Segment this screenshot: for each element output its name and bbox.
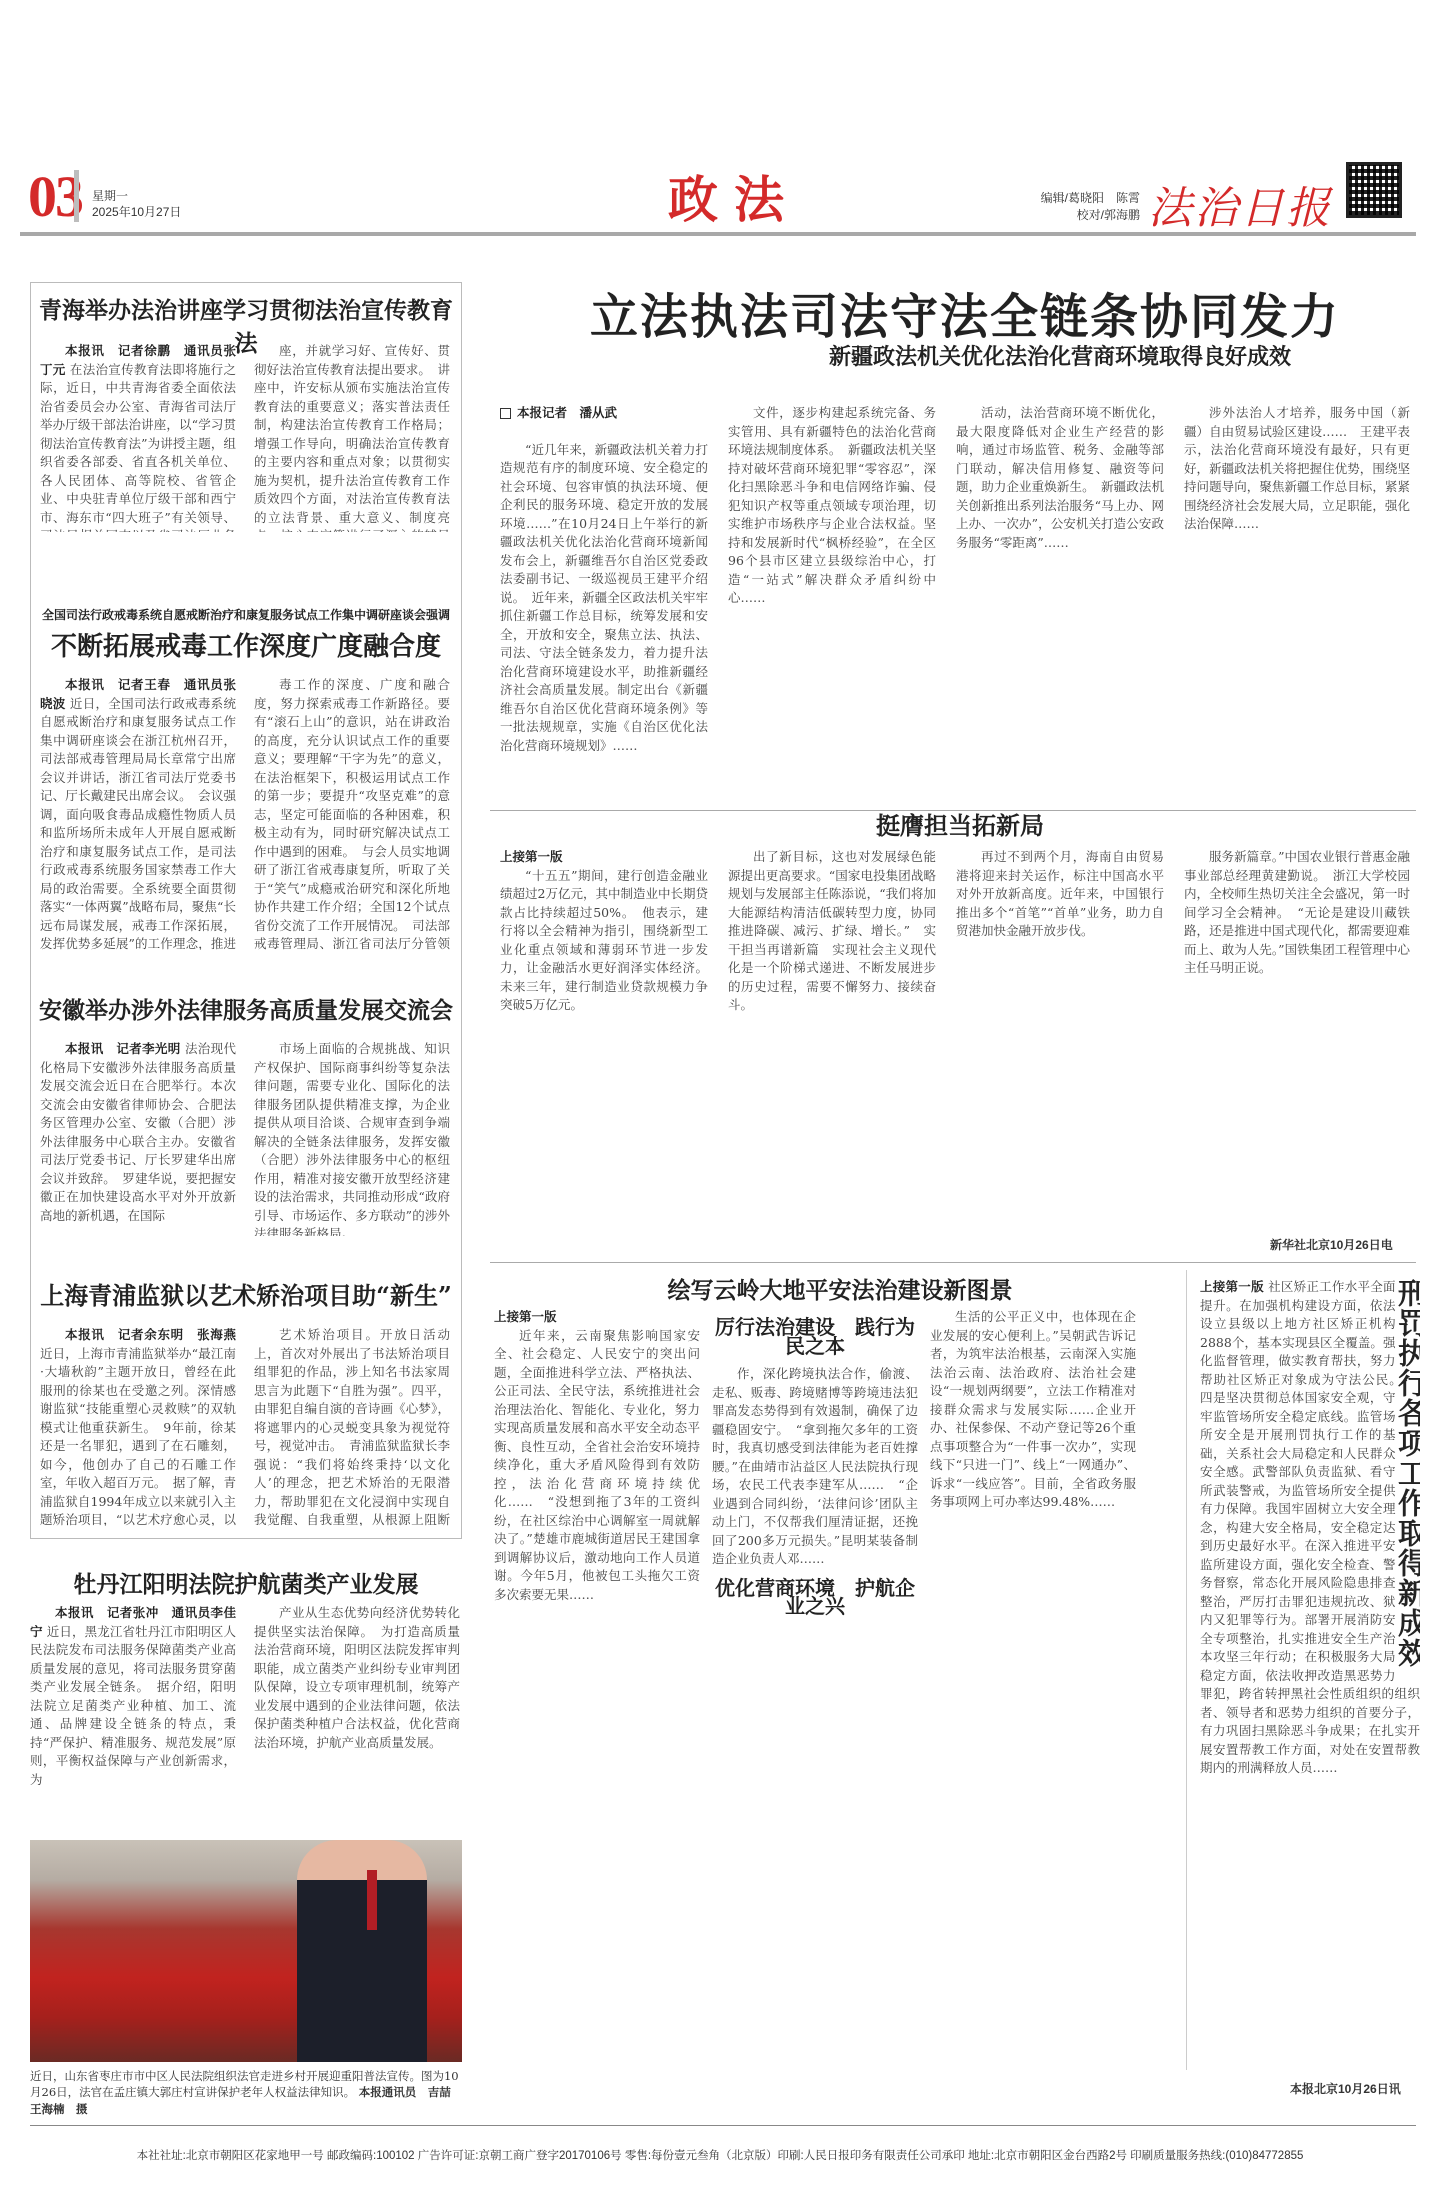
article-body-qinghai-col1: 本报讯 记者徐鹏 通讯员张丁元 在法治宣传教育法即将施行之际，近日，中共青海省委… <box>40 342 236 532</box>
article-body-mudanjiang-col2: 产业从生态优势向经济优势转化提供坚实法治保障。 为打造高质量法治营商环境，阳明区… <box>254 1604 460 1824</box>
article-headline-xingfa: 刑罚执行各项工作取得新成效 <box>1402 1278 1421 1668</box>
yunnan-col2: 厉行法治建设 践行为民之本 作，深化跨境执法合作，偷渡、走私、贩毒、跨境赌博等跨… <box>712 1308 918 2078</box>
article-body-anhui-col2: 市场上面临的合规挑战、知识产权保护、国际商事纠纷等复杂法律问题，需要专业化、国际… <box>254 1040 450 1236</box>
date: 2025年10月27日 <box>92 204 181 220</box>
lead-col3: 活动，法治营商环境不断优化，最大限度降低对企业生产经营的影响，通过市场监管、税务… <box>956 404 1164 804</box>
article-headline-yunnan: 绘写云岭大地平安法治建设新图景 <box>490 1272 1190 1305</box>
issue-date: 星期一 2025年10月27日 <box>92 188 181 220</box>
subhead: 优化营商环境 护航企业之兴 <box>712 1579 918 1616</box>
subhead: 厉行法治建设 践行为民之本 <box>712 1318 918 1355</box>
checkbox-square-icon <box>500 408 511 419</box>
tingying-col2: 出了新目标，这也对发展绿色能源提出更高要求。“国家电投集团战略规划与发展部主任陈… <box>728 848 936 1234</box>
yunnan-col1: 上接第一版 近年来，云南聚焦影响国家安全、社会稳定、人民安宁的突出问题，全面推进… <box>494 1308 700 2078</box>
photo-judge-figure <box>297 1840 427 2062</box>
lead-byline: 本报记者 潘从武 <box>500 404 708 423</box>
article-body-jiedu-col1: 本报讯 记者王春 通讯员张晓波 近日，全国司法行政戒毒系统自愿戒断治疗和康复服务… <box>40 676 236 950</box>
article-headline-anhui: 安徽举办涉外法律服务高质量发展交流会 <box>36 992 456 1025</box>
article-body-anhui-col1: 本报讯 记者李光明 法治现代化格局下安徽涉外法律服务高质量发展交流会近日在合肥举… <box>40 1040 236 1236</box>
byline: 本报讯 记者余东明 张海燕 <box>65 1327 236 1342</box>
article-body-qingpu-col1: 本报讯 记者余东明 张海燕 近日，上海市青浦监狱举办“最江南·大墙秋韵”主题开放… <box>40 1326 236 1526</box>
xingfa-dateline: 本报北京10月26日讯 <box>1290 2080 1401 2097</box>
lead-col1: 本报记者 潘从武 “近几年来，新疆政法机关着力打造规范有序的制度环境、安全稳定的… <box>500 404 708 804</box>
footer-imprint: 本社社址:北京市朝阳区花家地甲一号 邮政编码:100102 广告许可证:京朝工商… <box>0 2147 1440 2163</box>
yunnan-col3: 生活的公平正义中，也体现在企业发展的安心便利上。”吴朝武告诉记者，为筑牢法治根基… <box>930 1308 1136 2078</box>
section-rule <box>490 1262 1416 1263</box>
tingying-col4: 服务新篇章。”中国农业银行普惠金融事业部总经理黄建勤说。 浙江大学校园内，全校师… <box>1184 848 1410 1234</box>
lead-col4: 涉外法治人才培养，服务中国（新疆）自由贸易试验区建设…… 王建平表示，法治化营商… <box>1184 404 1410 784</box>
weekday: 星期一 <box>92 188 181 204</box>
xingfa-col: 刑罚执行各项工作取得新成效 上接第一版 社区矫正工作水平全面提升。在加强机构建设… <box>1200 1278 1420 2068</box>
article-headline-tingying: 挺膺担当拓新局 <box>860 806 1060 841</box>
continued-label: 上接第一版 <box>1200 1280 1264 1294</box>
section-title: 政法 <box>668 160 800 232</box>
header-rule <box>20 232 1416 236</box>
tingying-col1: 上接第一版 “十五五”期间，建行创造金融业绩超过2万亿元，其中制造业中长期贷款占… <box>500 848 708 1234</box>
tingying-col3: 再过不到两个月，海南自由贸易港将迎来封关运作，标注中国高水平对外开放新高度。近年… <box>956 848 1164 1234</box>
masthead-divider <box>74 170 79 222</box>
footer-rule <box>30 2125 1416 2126</box>
editors: 编辑/葛晓阳 陈霄 <box>990 190 1140 207</box>
lead-subheadline: 新疆政法机关优化法治化营商环境取得良好成效 <box>680 340 1440 371</box>
byline: 本报讯 记者李光明 <box>65 1041 181 1056</box>
xingfa-column-rule <box>1186 1270 1187 2070</box>
article-headline-jiedu: 不断拓展戒毒工作深度广度融合度 <box>36 626 456 663</box>
proofreader: 校对/郭海鹏 <box>990 207 1140 224</box>
article-body-jiedu-col2: 毒工作的深度、广度和融合度，努力探索戒毒工作新路径。要有“滚石上山”的意识，站在… <box>254 676 450 950</box>
continued-label: 上接第一版 <box>494 1308 700 1327</box>
continued-label: 上接第一版 <box>500 848 708 867</box>
lead-col2: 文件，逐步构建起系统完备、务实管用、具有新疆特色的法治化营商环境法规制度体系。 … <box>728 404 936 804</box>
news-photo <box>30 1840 462 2062</box>
article-headline-mudanjiang: 牡丹江阳明法院护航菌类产业发展 <box>36 1566 456 1599</box>
article-body-qingpu-col2: 艺术矫治项目。开放日活动上，首次对外展出了书法矫治项目组罪犯的作品，涉上知名书法… <box>254 1326 450 1526</box>
photo-tie <box>367 1870 377 1930</box>
photo-caption: 近日，山东省枣庄市市中区人民法院组织法官走进乡村开展迎重阳普法宣传。图为10月2… <box>30 2068 470 2118</box>
article-headline-qingpu: 上海青浦监狱以艺术矫治项目助“新生” <box>36 1276 456 1311</box>
article-kicker-jiedu: 全国司法行政戒毒系统自愿戒断治疗和康复服务试点工作集中调研座谈会强调 <box>36 606 456 623</box>
article-body-mudanjiang-col1: 本报讯 记者张冲 通讯员李佳宁 近日，黑龙江省牡丹江市阳明区人民法院发布司法服务… <box>30 1604 236 1824</box>
paper-logo: 法治日报 <box>1148 172 1332 236</box>
tingying-dateline: 新华社北京10月26日电 <box>1270 1236 1393 1253</box>
editors-credit: 编辑/葛晓阳 陈霄 校对/郭海鹏 <box>990 190 1140 224</box>
lead-headline: 立法执法司法守法全链条协同发力 <box>490 278 1440 347</box>
article-body-qinghai-col2: 座，并就学习好、宣传好、贯彻好法治宣传教育法提出要求。 讲座中，许安标从颁布实施… <box>254 342 450 532</box>
qr-code-icon[interactable] <box>1346 162 1402 218</box>
